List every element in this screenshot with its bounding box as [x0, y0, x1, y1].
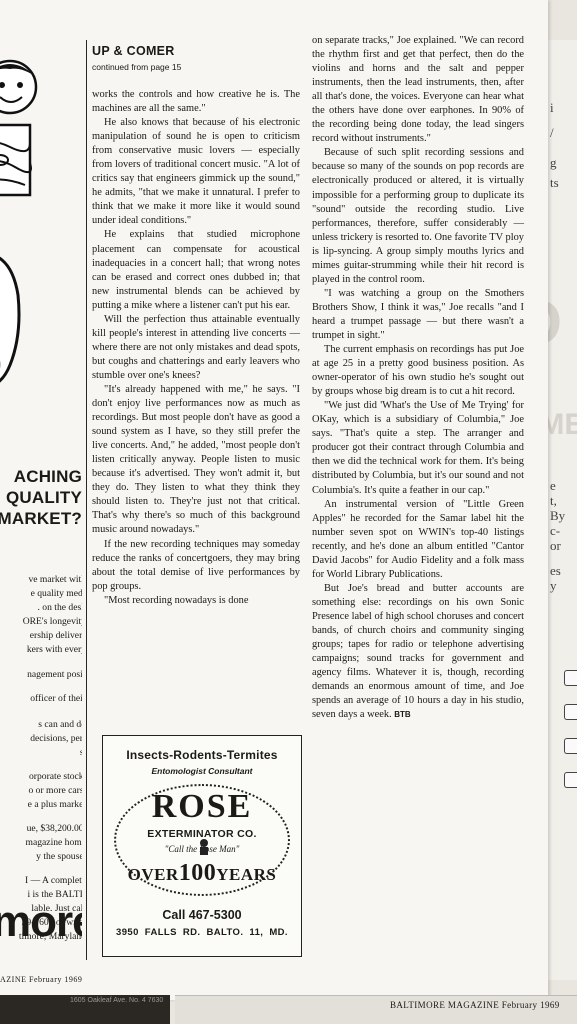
- adjacent-page-fragment: y: [550, 578, 557, 594]
- cut-off-text-line: I — A complete: [2, 874, 82, 888]
- adjacent-page-fragment: es: [550, 563, 561, 579]
- headline-line: QUALITY: [0, 487, 82, 508]
- rose-man-mascot-icon: [196, 838, 212, 856]
- cut-off-text-line: nagement posi-: [2, 668, 82, 682]
- paragraph: "Most recording nowadays is done: [92, 594, 300, 608]
- cut-off-text-line: s.: [2, 746, 82, 760]
- cut-off-text-line: y the spouse.: [2, 850, 82, 864]
- article-body: works the controls and how creative he i…: [92, 88, 300, 608]
- cut-off-text-line: ue, $38,200.00.: [2, 822, 82, 836]
- cut-off-text-line: magazine home: [2, 836, 82, 850]
- cut-off-text-line: . on the desk: [2, 601, 82, 615]
- ad-headline: ACHING QUALITY MARKET?: [0, 466, 82, 529]
- article-body-continued: on separate tracks," Joe explained. "We …: [312, 34, 524, 722]
- ad-phone: Call 467-5300: [103, 908, 301, 922]
- adjacent-page-fragment: i: [550, 100, 554, 116]
- cut-off-text-line: officer of their: [2, 692, 82, 706]
- magazine-page: ACHING QUALITY MARKET? ve market withe q…: [0, 0, 548, 1000]
- adjacent-page-fragment: t,: [550, 493, 557, 509]
- ad-over: OVER: [128, 865, 179, 884]
- left-cut-column: ACHING QUALITY MARKET? ve market withe q…: [0, 0, 82, 1000]
- cut-off-text-line: decisions, per-: [2, 732, 82, 746]
- paragraph: If the new recording techniques may some…: [92, 538, 300, 594]
- adjacent-page-fragment: By: [550, 508, 565, 524]
- paragraph: "It's already happened with me," he says…: [92, 383, 300, 538]
- cut-off-text-line: orporate stock.: [2, 770, 82, 784]
- paragraph: The current emphasis on recordings has p…: [312, 343, 524, 399]
- cut-off-text-line: kers with every: [2, 643, 82, 657]
- paragraph: Because of such split recording sessions…: [312, 146, 524, 286]
- adjacent-page-fragment: c-: [550, 523, 560, 539]
- paragraph: on separate tracks," Joe explained. "We …: [312, 34, 524, 146]
- masthead-fragment: more: [0, 900, 82, 944]
- page-footer-left: AZINE February 1969: [0, 975, 82, 984]
- ad-brand-name: ROSE: [116, 790, 288, 824]
- cut-off-text-line: o or more cars.: [2, 784, 82, 798]
- cartoon-figure-illustration: [0, 55, 60, 395]
- rose-exterminator-ad: Insects-Rodents-Termites Entomologist Co…: [102, 735, 302, 957]
- paragraph: works the controls and how creative he i…: [92, 88, 300, 116]
- binder-tabs: [564, 670, 577, 806]
- paragraph: "We just did 'What's the Use of Me Tryin…: [312, 399, 524, 497]
- cut-off-text-line: e quality med-: [2, 587, 82, 601]
- headline-line: ACHING: [0, 466, 82, 487]
- article-column-middle: UP & COMER continued from page 15 works …: [92, 44, 300, 608]
- cut-off-text-line: e a plus market: [2, 798, 82, 812]
- cut-off-text-line: ership delivers: [2, 629, 82, 643]
- cut-off-text-line: ORE's longevity: [2, 615, 82, 629]
- strip-text: 1605 Oakleaf Ave. No. 4 7630: [70, 997, 163, 1004]
- column-divider: [86, 40, 87, 960]
- ad-logo-oval: ROSE EXTERMINATOR CO. "Call the Rose Man…: [114, 784, 290, 896]
- paragraph: He explains that studied microphone plac…: [92, 228, 300, 312]
- cut-off-text-line: s can and do: [2, 718, 82, 732]
- adjacent-page-fragment: g: [550, 155, 557, 171]
- section-kicker: UP & COMER: [92, 44, 300, 58]
- article-column-right: on separate tracks," Joe explained. "We …: [312, 34, 524, 722]
- paragraph: But Joe's bread and butter accounts are …: [312, 582, 524, 722]
- last-paragraph-text: But Joe's bread and butter accounts are …: [312, 583, 524, 720]
- adjacent-page-fragment: or: [550, 538, 561, 554]
- adjacent-page-fragment: /: [550, 125, 554, 141]
- ad-years: OVER100YEARS: [116, 860, 288, 887]
- ad-services: Insects-Rodents-Termites: [103, 748, 301, 762]
- ad-address: 3950 FALLS RD. BALTO. 11, MD.: [103, 927, 301, 938]
- cut-off-text-line: ve market with: [2, 573, 82, 587]
- ad-years-word: YEARS: [216, 865, 276, 884]
- paragraph: "I was watching a group on the Smothers …: [312, 287, 524, 343]
- headline-line: MARKET?: [0, 508, 82, 529]
- continued-from-note: continued from page 15: [92, 62, 300, 72]
- paragraph: Will the perfection thus attainable even…: [92, 313, 300, 383]
- paragraph: An instrumental version of "Little Green…: [312, 498, 524, 582]
- adjacent-page-fragment: e: [550, 478, 556, 494]
- adjacent-page-fragment: ts: [550, 175, 559, 191]
- underlying-page-strip: 1605 Oakleaf Ave. No. 4 7630: [0, 995, 170, 1024]
- page-footer: BALTIMORE MAGAZINE February 1969: [390, 1000, 560, 1010]
- ad-number: 100: [179, 860, 217, 886]
- end-mark: BTB: [394, 710, 410, 719]
- ad-subtitle: Entomologist Consultant: [103, 766, 301, 776]
- paragraph: He also knows that because of his electr…: [92, 116, 300, 228]
